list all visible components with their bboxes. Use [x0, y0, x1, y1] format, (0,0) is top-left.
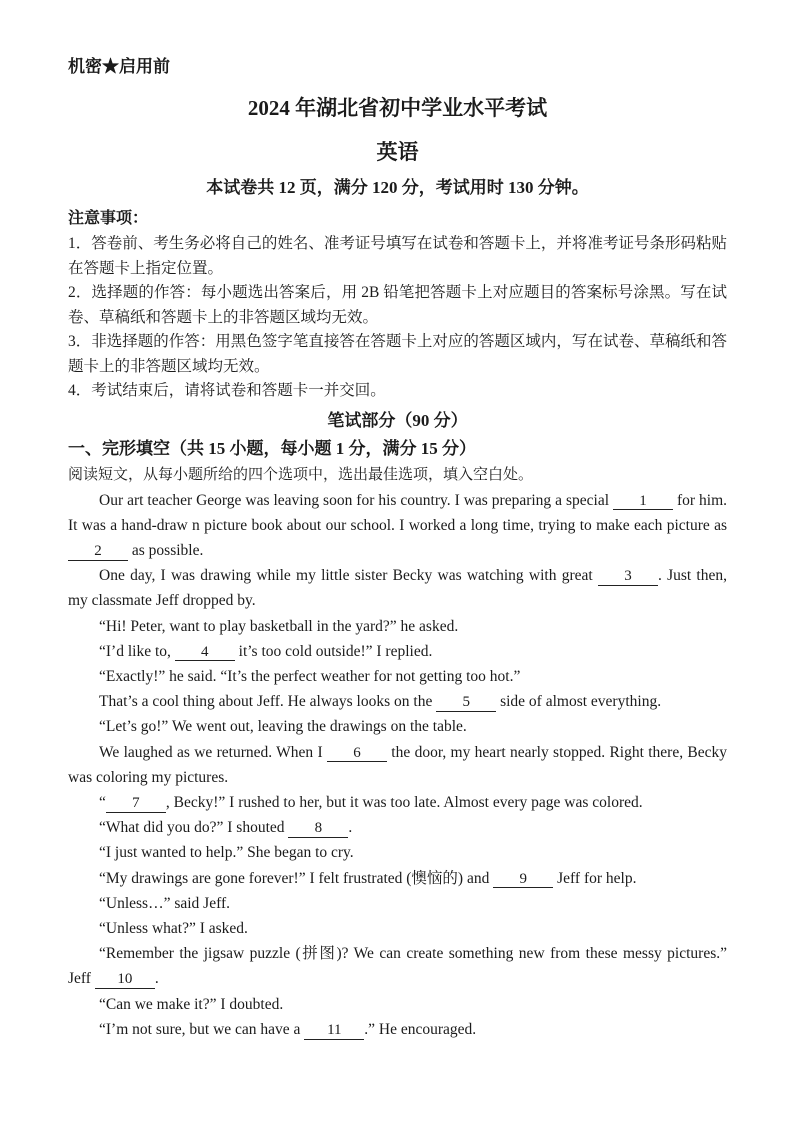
cloze-blank-5: 5 — [436, 695, 496, 712]
passage-paragraph-4: “I’d like to, 4 it’s too cold outside!” … — [68, 639, 727, 664]
cloze-blank-3: 3 — [598, 569, 658, 586]
passage-paragraph-2: One day, I was drawing while my little s… — [68, 563, 727, 613]
passage-paragraph-3: “Hi! Peter, want to play basketball in t… — [68, 614, 727, 639]
notes-list: 1．答卷前、考生务必将自己的姓名、准考证号填写在试卷和答题卡上，并将准考证号条形… — [68, 232, 727, 404]
passage-paragraph-12: “My drawings are gone forever!” I felt f… — [68, 866, 727, 891]
notes-heading: 注意事项： — [68, 206, 727, 232]
exam-info-line: 本试卷共 12 页，满分 120 分，考试用时 130 分钟。 — [68, 174, 727, 202]
cloze-section-heading: 一、完形填空（共 15 小题，每小题 1 分，满分 15 分） — [68, 435, 727, 463]
cloze-passage: Our art teacher George was leaving soon … — [68, 488, 727, 1042]
exam-subject: 英语 — [68, 136, 727, 168]
passage-paragraph-8: We laughed as we returned. When I 6 the … — [68, 740, 727, 790]
passage-paragraph-13: “Unless…” said Jeff. — [68, 891, 727, 916]
cloze-blank-6: 6 — [327, 746, 387, 763]
passage-paragraph-16: “Can we make it?” I doubted. — [68, 992, 727, 1017]
passage-paragraph-6: That’s a cool thing about Jeff. He alway… — [68, 689, 727, 714]
passage-paragraph-10: “What did you do?” I shouted 8. — [68, 815, 727, 840]
written-part-heading: 笔试部分（90 分） — [68, 407, 727, 435]
cloze-blank-11: 11 — [304, 1023, 364, 1040]
cloze-blank-10: 10 — [95, 972, 155, 989]
cloze-blank-9: 9 — [493, 872, 553, 889]
cloze-instructions: 阅读短文，从每小题所给的四个选项中，选出最佳选项，填入空白处。 — [68, 463, 727, 488]
note-item-4: 4．考试结束后，请将试卷和答题卡一并交回。 — [68, 379, 727, 404]
passage-paragraph-9: “7, Becky!” I rushed to her, but it was … — [68, 790, 727, 815]
passage-paragraph-15: “Remember the jigsaw puzzle (拼图)? We can… — [68, 941, 727, 991]
exam-paper-page: 机密★启用前 2024 年湖北省初中学业水平考试 英语 本试卷共 12 页，满分… — [0, 0, 793, 1122]
secrecy-label: 机密★启用前 — [68, 54, 727, 80]
passage-paragraph-11: “I just wanted to help.” She began to cr… — [68, 840, 727, 865]
cloze-blank-7: 7 — [106, 796, 166, 813]
cloze-blank-4: 4 — [175, 645, 235, 662]
note-item-1: 1．答卷前、考生务必将自己的姓名、准考证号填写在试卷和答题卡上，并将准考证号条形… — [68, 232, 727, 281]
cloze-blank-8: 8 — [288, 821, 348, 838]
exam-title: 2024 年湖北省初中学业水平考试 — [68, 92, 727, 124]
passage-paragraph-7: “Let’s go!” We went out, leaving the dra… — [68, 714, 727, 739]
cloze-blank-1: 1 — [613, 494, 673, 511]
passage-paragraph-14: “Unless what?” I asked. — [68, 916, 727, 941]
note-item-2: 2．选择题的作答：每小题选出答案后，用 2B 铅笔把答题卡上对应题目的答案标号涂… — [68, 281, 727, 330]
note-item-3: 3．非选择题的作答：用黑色签字笔直接答在答题卡上对应的答题区域内，写在试卷、草稿… — [68, 330, 727, 379]
cloze-blank-2: 2 — [68, 544, 128, 561]
passage-paragraph-1: Our art teacher George was leaving soon … — [68, 488, 727, 564]
passage-paragraph-17: “I’m not sure, but we can have a 11.” He… — [68, 1017, 727, 1042]
passage-paragraph-5: “Exactly!” he said. “It’s the perfect we… — [68, 664, 727, 689]
